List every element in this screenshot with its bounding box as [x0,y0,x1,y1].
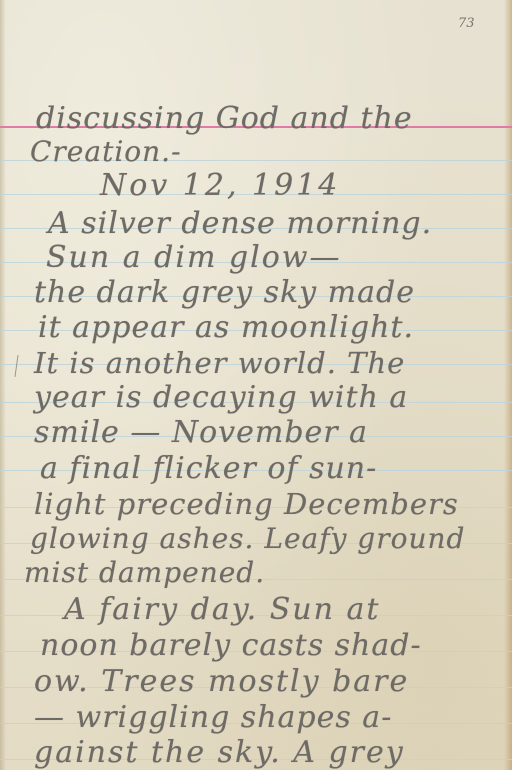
text-line: discussing God and the [36,101,413,136]
text-line: ow. Trees mostly bare [34,664,409,699]
text-line: Sun a dim glow— [46,240,341,275]
text-line: mist dampened. [24,556,265,589]
diary-page: 73 discussing God and the Creation.- Nov… [0,0,512,770]
text-line: noon barely casts shad- [40,628,422,663]
text-line: glowing ashes. Leafy ground [30,522,465,555]
text-line: — wriggling shapes a- [34,700,392,735]
text-line: a final flicker of sun- [40,451,377,486]
entry-date: Nov 12, 1914 [100,168,340,203]
text-line: light preceding Decembers [34,487,459,521]
handwritten-text: discussing God and the Creation.- Nov 12… [0,0,512,770]
text-line: the dark grey sky made [34,275,415,310]
text-line: It is another world. The [34,346,405,380]
text-line: it appear as moonlight. [38,310,414,345]
text-line: Creation.- [30,135,182,168]
text-line: smile — November a [34,415,368,450]
text-line: A silver dense morning. [48,206,432,241]
text-line: gainst the sky. A grey [34,735,405,770]
text-line: year is decaying with a [34,380,408,415]
text-line: A fairy day. Sun at [64,592,380,627]
